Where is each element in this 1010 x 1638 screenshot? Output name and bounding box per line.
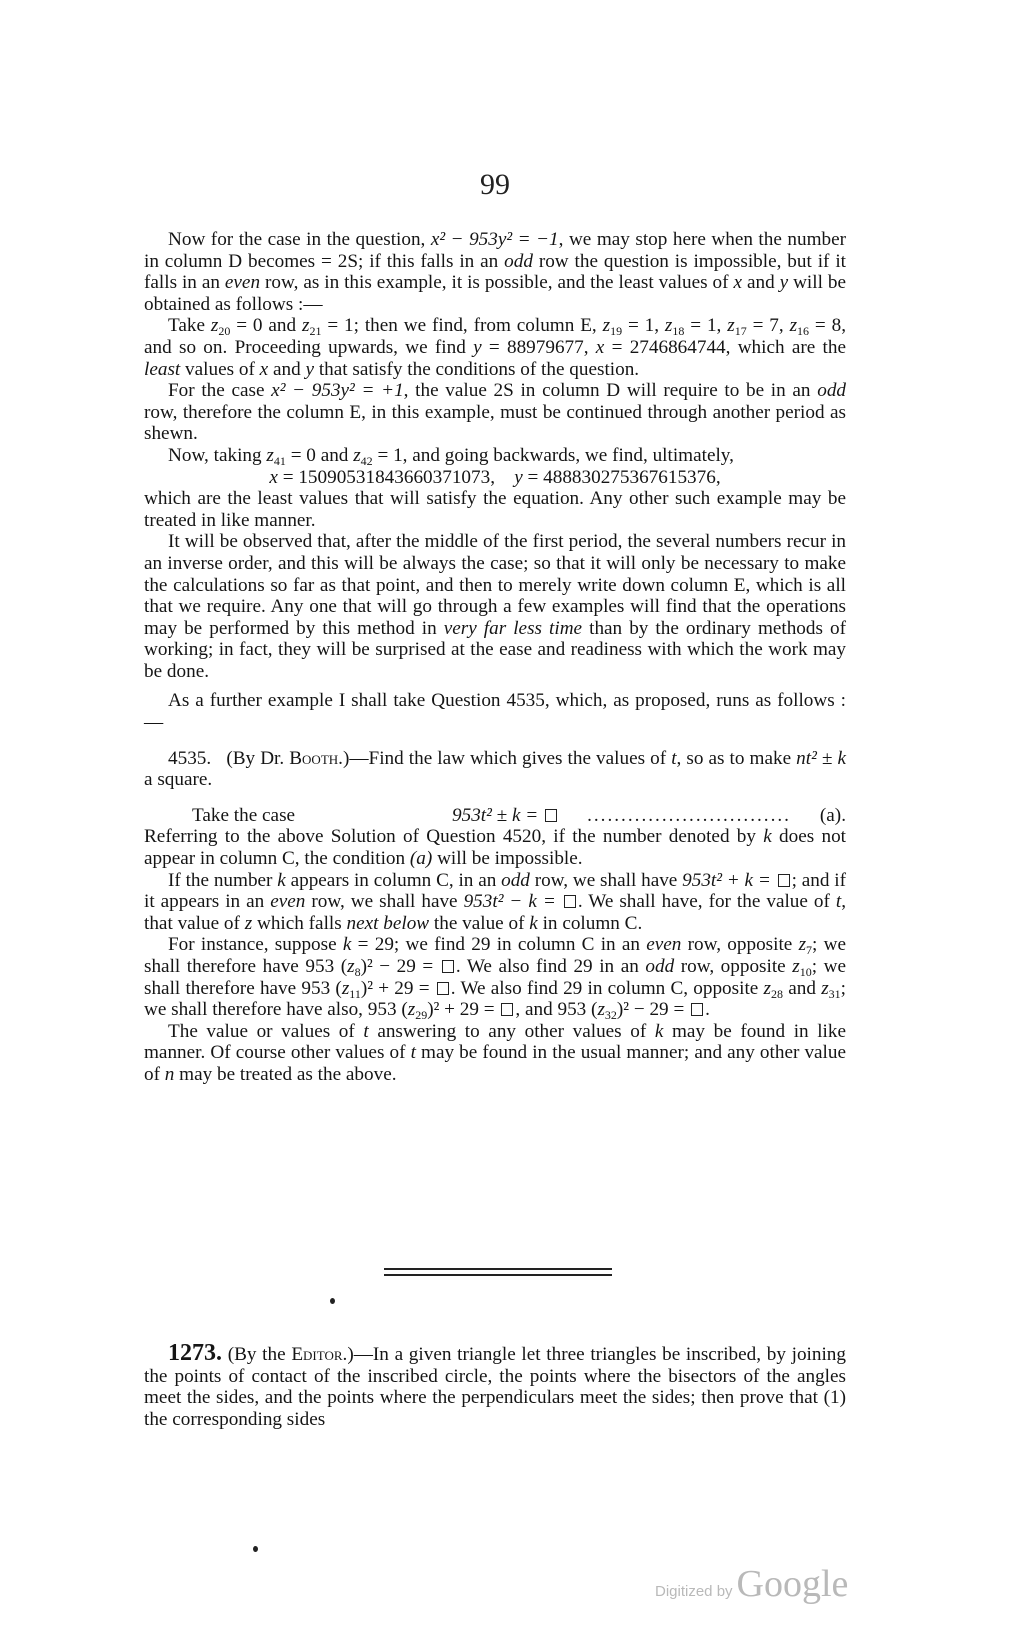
case-equation-row: Take the case 953t² ± k = ..............… [144,805,846,827]
google-logo: Google [737,1562,849,1606]
square-symbol-icon [778,874,790,887]
paragraph-other-values: The value or values of t answering to an… [144,1021,846,1086]
paragraph-least-satisfy: which are the least values that will sat… [144,488,846,531]
question-number: 1273. [168,1340,222,1366]
paragraph-further-example: As a further example I shall take Questi… [144,690,846,733]
square-symbol-icon [691,1003,703,1016]
equation: x² − 953y² = −1 [431,229,559,250]
question-1273: 1273. (By the Editor.)—In a given triang… [144,1343,846,1430]
paragraph-for-instance: For instance, suppose k = 29; we find 29… [144,934,846,1020]
paragraph-if-k-appears: If the number k appears in column C, in … [144,870,846,935]
paragraph-case-minus-one: Now for the case in the question, x² − 9… [144,229,846,315]
paragraph-case-plus-one: For the case x² − 953y² = +1, the value … [144,380,846,445]
digitized-by-google-watermark: Digitized by Google [655,1562,848,1606]
dot-leader: ........................................… [563,805,792,827]
book-page: 99 Now for the case in the question, x² … [0,0,1010,1638]
paragraph-going-backwards: Now, taking z41 = 0 and z42 = 1, and goi… [144,445,846,467]
result-equation: x = 15090531843660371073, y = 4888302753… [144,467,846,489]
square-symbol-icon [442,960,454,973]
solution-continuation: Now for the case in the question, x² − 9… [144,229,846,1086]
section-divider-top [384,1268,612,1270]
page-number: 99 [0,168,990,202]
y-result-value: 488830275367615376 [543,467,716,488]
square-symbol-icon [501,1003,513,1016]
square-symbol-icon [564,895,576,908]
paragraph-observation: It will be observed that, after the midd… [144,531,846,682]
ink-speck [253,1546,258,1552]
section-divider-bottom [384,1274,612,1276]
x-result-value: 15090531843660371073 [298,467,490,488]
paragraph-least-values: Take z20 = 0 and z21 = 1; then we find, … [144,315,846,380]
square-symbol-icon [437,982,449,995]
question-4535: 4535. (By Dr. Booth.)—Find the law which… [144,748,846,791]
square-symbol-icon [545,809,557,822]
ink-speck [330,1298,335,1304]
paragraph-referring: Referring to the above Solution of Quest… [144,826,846,869]
